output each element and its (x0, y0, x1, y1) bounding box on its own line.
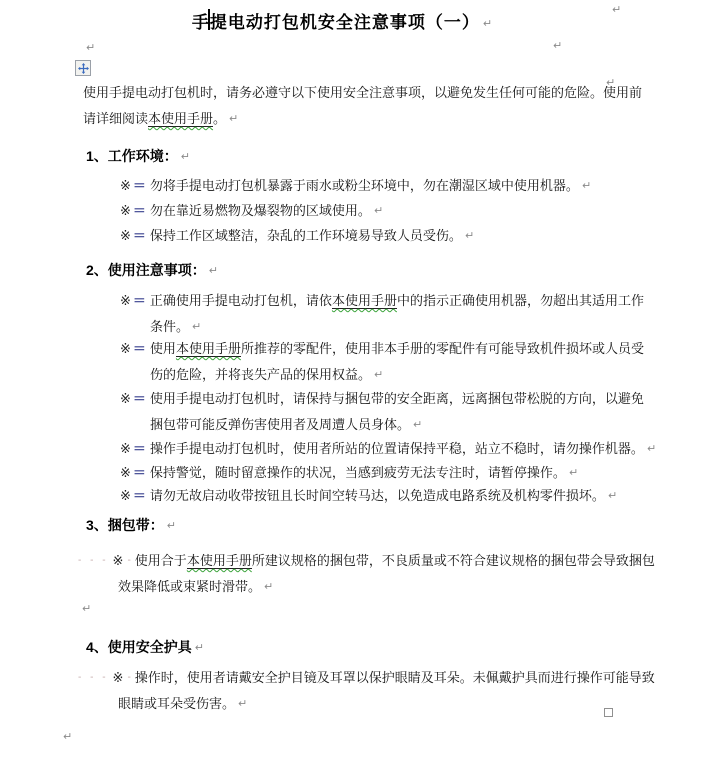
reference-bullet-icon: ※ (120, 441, 131, 456)
title-text: 手提电动打包机安全注意事项（一） (192, 13, 480, 32)
heading-text: 4、使用安全护具 (86, 639, 192, 655)
heading-text: 2、使用注意事项： (86, 262, 206, 278)
manual-reference: 本使用手册 (176, 341, 241, 357)
list-item-wrap: 效果降低或束紧时滑带。↵ (118, 578, 273, 596)
reference-bullet-icon: ※ (113, 553, 124, 568)
list-item: ※＝使用手提电动打包机时，请保持与捆包带的安全距离，远离捆包带松脱的方向，以避免 (120, 390, 644, 407)
reference-bullet-icon: ※ (120, 178, 131, 193)
bullet-dash-icon: ＝ (133, 293, 146, 308)
list-item-text: 使用 (150, 341, 176, 356)
section-1-heading: 1、工作环境：↵ (86, 147, 190, 166)
list-item: ※＝保持警觉，随时留意操作的状况，当感到疲劳无法专注时，请暂停操作。↵ (120, 464, 578, 482)
list-item-text: 保持工作区域整洁，杂乱的工作环境易导致人员受伤。 (150, 228, 462, 243)
pilcrow-mark: ↵ (229, 113, 238, 125)
bullet-dash-icon: ＝ (133, 178, 146, 193)
pilcrow-mark: ↵ (582, 180, 591, 192)
bullet-dash-icon: ＝ (133, 441, 146, 456)
intro-line-1: 使用手提电动打包机时，请务必遵守以下使用安全注意事项，以避免发生任何可能的危险。… (83, 84, 642, 101)
pilcrow-mark: ↵ (374, 205, 383, 217)
manual-reference: 本使用手册 (148, 111, 213, 127)
list-item-text: 伤的危险，并将丧失产品的保用权益。 (150, 367, 371, 382)
list-item-wrap: 眼睛或耳朵受伤害。↵ (118, 695, 247, 713)
page-title: 手提电动打包机安全注意事项（一）↵ (0, 8, 693, 33)
list-item-text: 正确使用手提电动打包机，请依 (150, 293, 332, 308)
manual-reference: 本使用手册 (332, 293, 397, 309)
list-item-text: 操作手提电动打包机时，使用者所站的位置请保持平稳，站立不稳时，请勿操作机器。 (150, 441, 644, 456)
list-item-text: 勿将手提电动打包机暴露于雨水或粉尘环境中，勿在潮湿区域中使用机器。 (150, 178, 579, 193)
move-handle-icon[interactable] (75, 60, 91, 76)
reference-bullet-icon: ※ (120, 203, 131, 218)
pilcrow-mark: ↵ (192, 321, 201, 333)
list-item: ‐ ‐ ‐※‐使用合于本使用手册所建议规格的捆包带，不良质量或不符合建议规格的捆… (78, 552, 655, 569)
section-3-heading: 3、捆包带：↵ (86, 516, 176, 535)
pilcrow-mark: ↵ (167, 520, 176, 532)
manual-reference-text: 本使用手册 (187, 553, 252, 568)
intro-text: 。 (213, 111, 226, 126)
list-item: ※＝正确使用手提电动打包机，请依本使用手册中的指示正确使用机器，勿超出其适用工作 (120, 292, 644, 309)
list-item: ※＝使用本使用手册所推荐的零配件，使用非本手册的零配件有可能导致机件损坏或人员受 (120, 340, 644, 357)
list-item: ※＝勿将手提电动打包机暴露于雨水或粉尘环境中，勿在潮湿区域中使用机器。↵ (120, 177, 591, 195)
section-2-heading: 2、使用注意事项：↵ (86, 261, 218, 280)
list-item-text: 捆包带可能反弹伤害使用者及周遭人员身体。 (150, 417, 410, 432)
list-item-text: 条件。 (150, 319, 189, 334)
list-item: ※＝操作手提电动打包机时，使用者所站的位置请保持平稳，站立不稳时，请勿操作机器。… (120, 440, 656, 458)
pilcrow-mark: ↵ (264, 581, 273, 593)
list-item-wrap: 捆包带可能反弹伤害使用者及周遭人员身体。↵ (150, 416, 422, 434)
reference-bullet-icon: ※ (120, 391, 131, 406)
reference-bullet-icon: ※ (120, 488, 131, 503)
list-item-text: 所建议规格的捆包带，不良质量或不符合建议规格的捆包带会导致捆包 (252, 553, 655, 568)
manual-reference-text: 本使用手册 (176, 341, 241, 356)
list-item-text: 使用合于 (135, 553, 187, 568)
bullet-dash-icon: ＝ (133, 228, 146, 243)
heading-text: 1、工作环境： (86, 148, 178, 164)
pilcrow-mark: ↵ (63, 730, 72, 743)
pilcrow-mark: ↵ (82, 602, 91, 615)
pilcrow-mark: ↵ (483, 18, 493, 30)
list-item: ※＝请勿无故启动收带按钮且长时间空转马达，以免造成电路系统及机构零件损坏。↵ (120, 487, 617, 505)
space-mark-icon: ‐ (127, 555, 130, 566)
list-item-text: 勿在靠近易燃物及爆裂物的区域使用。 (150, 203, 371, 218)
bullet-dash-icon: ＝ (133, 465, 146, 480)
list-item-text: 效果降低或束紧时滑带。 (118, 579, 261, 594)
bullet-dash-icon: ＝ (133, 391, 146, 406)
pilcrow-mark: ↵ (553, 39, 562, 52)
pilcrow-mark: ↵ (569, 467, 578, 479)
pilcrow-mark: ↵ (238, 698, 247, 710)
intro-text: 使用手提电动打包机时，请务必遵守以下使用安全注意事项，以避免发生任何可能的危险。… (83, 85, 642, 100)
space-marks-icon: ‐ ‐ ‐ (78, 672, 109, 683)
pilcrow-mark: ↵ (465, 230, 474, 242)
reference-bullet-icon: ※ (120, 341, 131, 356)
object-anchor-handle[interactable] (604, 708, 613, 717)
manual-reference-text: 本使用手册 (332, 293, 397, 308)
list-item-wrap: 条件。↵ (150, 318, 201, 336)
bullet-dash-icon: ＝ (133, 341, 146, 356)
intro-text: 请详细阅读 (83, 111, 148, 126)
pilcrow-mark: ↵ (647, 443, 656, 455)
space-mark-icon: ‐ (127, 672, 130, 683)
intro-line-2: 请详细阅读本使用手册。↵ (83, 110, 238, 128)
list-item-text: 眼睛或耳朵受伤害。 (118, 696, 235, 711)
reference-bullet-icon: ※ (120, 228, 131, 243)
pilcrow-mark: ↵ (209, 265, 218, 277)
list-item: ※＝勿在靠近易燃物及爆裂物的区域使用。↵ (120, 202, 383, 220)
pilcrow-mark: ↵ (195, 642, 204, 654)
manual-reference: 本使用手册 (187, 553, 252, 569)
pilcrow-mark: ↵ (612, 3, 621, 16)
pilcrow-mark: ↵ (86, 41, 95, 54)
space-marks-icon: ‐ ‐ ‐ (78, 555, 109, 566)
list-item-text: 请勿无故启动收带按钮且长时间空转马达，以免造成电路系统及机构零件损坏。 (150, 488, 605, 503)
bullet-dash-icon: ＝ (133, 488, 146, 503)
list-item: ※＝保持工作区域整洁，杂乱的工作环境易导致人员受伤。↵ (120, 227, 474, 245)
list-item-text: 操作时，使用者请戴安全护目镜及耳罩以保护眼睛及耳朵。未佩戴护具而进行操作可能导致 (135, 670, 655, 685)
section-4-heading: 4、使用安全护具↵ (86, 638, 204, 657)
list-item-text: 使用手提电动打包机时，请保持与捆包带的安全距离，远离捆包带松脱的方向，以避免 (150, 391, 644, 406)
pilcrow-mark: ↵ (374, 369, 383, 381)
list-item: ‐ ‐ ‐※‐操作时，使用者请戴安全护目镜及耳罩以保护眼睛及耳朵。未佩戴护具而进… (78, 669, 655, 686)
document-page: 手提电动打包机安全注意事项（一）↵ ↵ ↵ ↵ ↵ 使用手提电动打包机时，请务必… (0, 0, 701, 768)
reference-bullet-icon: ※ (113, 670, 124, 685)
four-way-arrow-icon (78, 63, 89, 74)
pilcrow-mark: ↵ (608, 490, 617, 502)
reference-bullet-icon: ※ (120, 293, 131, 308)
heading-text: 3、捆包带： (86, 517, 164, 533)
list-item-wrap: 伤的危险，并将丧失产品的保用权益。↵ (150, 366, 383, 384)
reference-bullet-icon: ※ (120, 465, 131, 480)
list-item-text: 所推荐的零配件，使用非本手册的零配件有可能导致机件损坏或人员受 (241, 341, 644, 356)
manual-reference-text: 本使用手册 (148, 111, 213, 126)
list-item-text: 保持警觉，随时留意操作的状况，当感到疲劳无法专注时，请暂停操作。 (150, 465, 566, 480)
bullet-dash-icon: ＝ (133, 203, 146, 218)
pilcrow-mark: ↵ (181, 151, 190, 163)
list-item-text: 中的指示正确使用机器，勿超出其适用工作 (397, 293, 644, 308)
pilcrow-mark: ↵ (413, 419, 422, 431)
